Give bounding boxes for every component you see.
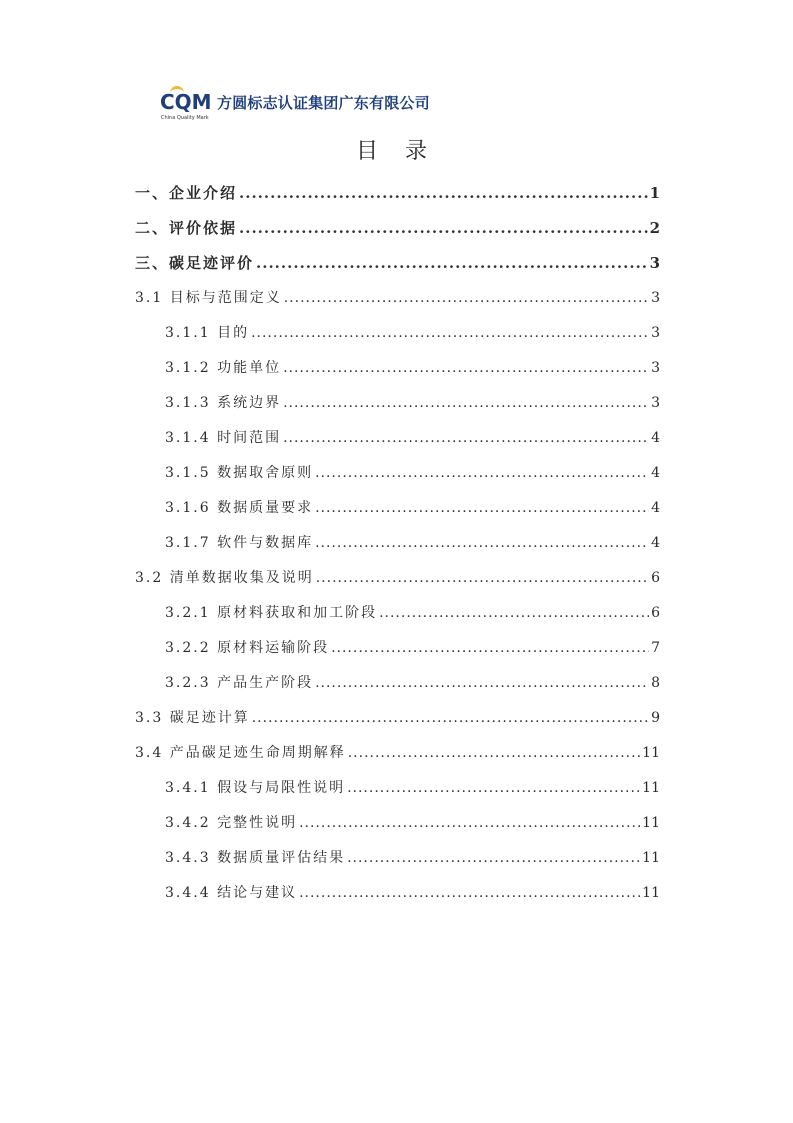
toc-label: 3.1 目标与范围定义 [135, 281, 282, 316]
toc-entry[interactable]: 3.1.7 软件与数据库4 [135, 526, 660, 561]
table-of-contents: 一、企业介绍1 二、评价依据2 三、碳足迹评价3 3.1 目标与范围定义3 3.… [135, 176, 660, 911]
toc-page: 4 [651, 421, 660, 456]
toc-entry[interactable]: 3.4.2 完整性说明11 [135, 806, 660, 841]
toc-entry[interactable]: 3.2 清单数据收集及说明6 [135, 561, 660, 596]
toc-page: 3 [651, 386, 660, 421]
toc-leader [379, 596, 649, 631]
toc-page: 3 [650, 246, 660, 281]
page-title: 目 录 [0, 134, 793, 165]
toc-entry[interactable]: 3.3 碳足迹计算9 [135, 701, 660, 736]
toc-entry[interactable]: 3.2.2 原材料运输阶段7 [135, 631, 660, 666]
toc-label: 3.1.3 系统边界 [165, 386, 281, 421]
toc-label: 3.1.7 软件与数据库 [165, 526, 313, 561]
toc-label: 3.4.1 假设与局限性说明 [165, 771, 345, 806]
toc-entry[interactable]: 3.1.3 系统边界3 [135, 386, 660, 421]
toc-page: 4 [651, 491, 660, 526]
toc-leader [284, 281, 649, 316]
company-name: 方圆标志认证集团广东有限公司 [217, 92, 430, 113]
toc-label: 3.2.2 原材料运输阶段 [165, 631, 329, 666]
toc-entry[interactable]: 二、评价依据2 [135, 211, 660, 246]
toc-page: 3 [651, 316, 660, 351]
toc-label: 3.4 产品碳足迹生命周期解释 [135, 736, 346, 771]
toc-leader [347, 771, 640, 806]
toc-entry[interactable]: 3.4.1 假设与局限性说明11 [135, 771, 660, 806]
toc-label: 三、碳足迹评价 [135, 246, 254, 281]
toc-label: 3.1.6 数据质量要求 [165, 491, 313, 526]
toc-entry[interactable]: 3.4 产品碳足迹生命周期解释11 [135, 736, 660, 771]
toc-page: 4 [651, 526, 660, 561]
toc-page: 9 [651, 701, 660, 736]
toc-page: 6 [651, 561, 660, 596]
toc-label: 3.1.5 数据取舍原则 [165, 456, 313, 491]
toc-entry[interactable]: 3.1.4 时间范围4 [135, 421, 660, 456]
toc-entry[interactable]: 3.1 目标与范围定义3 [135, 281, 660, 316]
toc-entry[interactable]: 3.1.5 数据取舍原则4 [135, 456, 660, 491]
toc-entry[interactable]: 3.4.4 结论与建议11 [135, 876, 660, 911]
toc-page: 4 [651, 456, 660, 491]
toc-leader [283, 421, 649, 456]
toc-leader [252, 701, 649, 736]
toc-entry[interactable]: 3.1.2 功能单位3 [135, 351, 660, 386]
toc-page: 8 [651, 666, 660, 701]
toc-label: 3.4.4 结论与建议 [165, 876, 297, 911]
toc-page: 7 [651, 631, 660, 666]
toc-label: 3.1.2 功能单位 [165, 351, 281, 386]
company-logo: CQM China Quality Mark 方圆标志认证集团广东有限公司 [160, 86, 460, 126]
toc-page: 3 [651, 351, 660, 386]
toc-label: 3.3 碳足迹计算 [135, 701, 250, 736]
toc-entry[interactable]: 3.1.6 数据质量要求4 [135, 491, 660, 526]
toc-leader [251, 316, 649, 351]
toc-entry[interactable]: 一、企业介绍1 [135, 176, 660, 211]
logo-mark: CQM [160, 90, 212, 114]
toc-entry[interactable]: 3.2.3 产品生产阶段8 [135, 666, 660, 701]
toc-label: 3.4.2 完整性说明 [165, 806, 297, 841]
toc-entry[interactable]: 3.4.3 数据质量评估结果11 [135, 841, 660, 876]
toc-leader [283, 351, 649, 386]
toc-label: 3.1.1 目的 [165, 316, 249, 351]
toc-label: 3.2 清单数据收集及说明 [135, 561, 314, 596]
toc-page: 1 [650, 176, 660, 211]
toc-leader [331, 631, 649, 666]
toc-leader [239, 211, 648, 246]
toc-page: 11 [642, 771, 660, 806]
toc-entry[interactable]: 三、碳足迹评价3 [135, 246, 660, 281]
toc-entry[interactable]: 3.2.1 原材料获取和加工阶段6 [135, 596, 660, 631]
toc-entry[interactable]: 3.1.1 目的3 [135, 316, 660, 351]
toc-page: 11 [642, 736, 660, 771]
toc-leader [348, 736, 640, 771]
toc-label: 3.4.3 数据质量评估结果 [165, 841, 345, 876]
logo-subtitle: China Quality Mark [161, 115, 209, 121]
toc-leader [299, 806, 640, 841]
toc-leader [315, 666, 649, 701]
toc-leader [256, 246, 648, 281]
toc-page: 11 [642, 841, 660, 876]
toc-page: 11 [642, 806, 660, 841]
toc-label: 二、评价依据 [135, 211, 237, 246]
toc-leader [283, 386, 649, 421]
toc-page: 11 [642, 876, 660, 911]
toc-leader [316, 561, 649, 596]
toc-page: 3 [651, 281, 660, 316]
toc-leader [299, 876, 640, 911]
toc-leader [315, 526, 649, 561]
toc-leader [347, 841, 640, 876]
toc-label: 一、企业介绍 [135, 176, 237, 211]
toc-leader [239, 176, 648, 211]
toc-label: 3.1.4 时间范围 [165, 421, 281, 456]
toc-label: 3.2.1 原材料获取和加工阶段 [165, 596, 377, 631]
toc-page: 2 [650, 211, 660, 246]
toc-label: 3.2.3 产品生产阶段 [165, 666, 313, 701]
toc-leader [315, 456, 649, 491]
toc-page: 6 [651, 596, 660, 631]
toc-leader [315, 491, 649, 526]
